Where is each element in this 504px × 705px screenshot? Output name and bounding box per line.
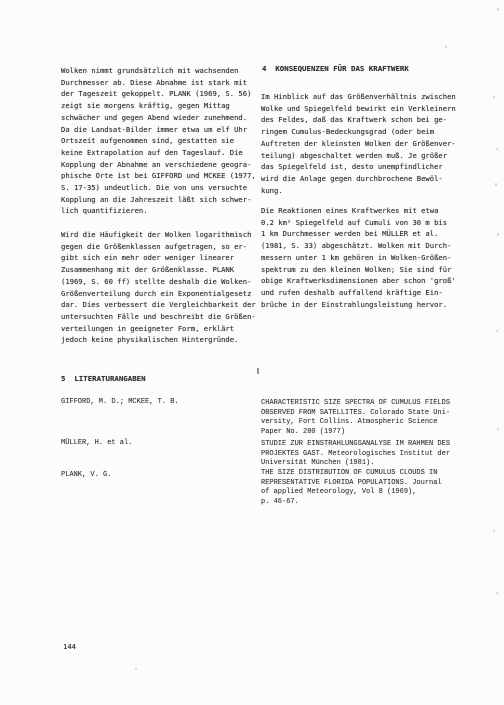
scan-artifact xyxy=(493,96,495,98)
bibliography-author-mueller: MÜLLER, H. et al. xyxy=(61,439,132,449)
scan-artifact xyxy=(496,148,498,150)
left-column-paragraph-1: Wolken nimmt grundsätzlich mit wachsende… xyxy=(61,65,256,217)
bibliography-author-plank: PLANK, V. G. xyxy=(61,471,111,481)
scanned-document-page: Wolken nimmt grundsätzlich mit wachsende… xyxy=(0,0,504,705)
scan-artifact xyxy=(496,592,498,594)
scan-artifact xyxy=(497,8,499,11)
scan-artifact xyxy=(135,668,137,670)
scan-artifact xyxy=(497,428,499,430)
scan-artifact-stray-digit xyxy=(257,368,259,374)
scan-artifact xyxy=(496,330,498,332)
scan-artifact xyxy=(497,233,499,236)
bibliography-reference-gifford: CHARACTERISTIC SIZE SPECTRA OF CUMULUS F… xyxy=(261,399,450,438)
right-column-paragraph-2: Die Reaktionen eines Kraftwerkes mit etw… xyxy=(261,205,456,310)
page-number: 144 xyxy=(63,641,76,653)
scan-artifact xyxy=(495,183,497,186)
bibliography-reference-plank: THE SIZE DISTRIBUTION OF CUMULUS CLOUDS … xyxy=(261,469,442,508)
section-heading-konsequenzen: 4 KONSEQUENZEN FÜR DAS KRAFTWERK xyxy=(262,63,409,75)
scan-artifact xyxy=(445,46,447,48)
right-column-paragraph-1: Im Hinblick auf das Größenverhältnis zwi… xyxy=(261,91,456,196)
left-column-paragraph-2: Wird die Häufigkeit der Wolken logarithm… xyxy=(61,229,256,346)
section-heading-literaturangaben: 5 LITERATURANGABEN xyxy=(61,373,146,385)
scan-artifact xyxy=(493,530,495,532)
bibliography-author-gifford: GIFFORD, M. D.; MCKEE, T. B. xyxy=(61,398,179,408)
bibliography-reference-mueller: STUDIE ZUR EINSTRAHLUNGSANALYSE IM RAHME… xyxy=(261,440,450,469)
